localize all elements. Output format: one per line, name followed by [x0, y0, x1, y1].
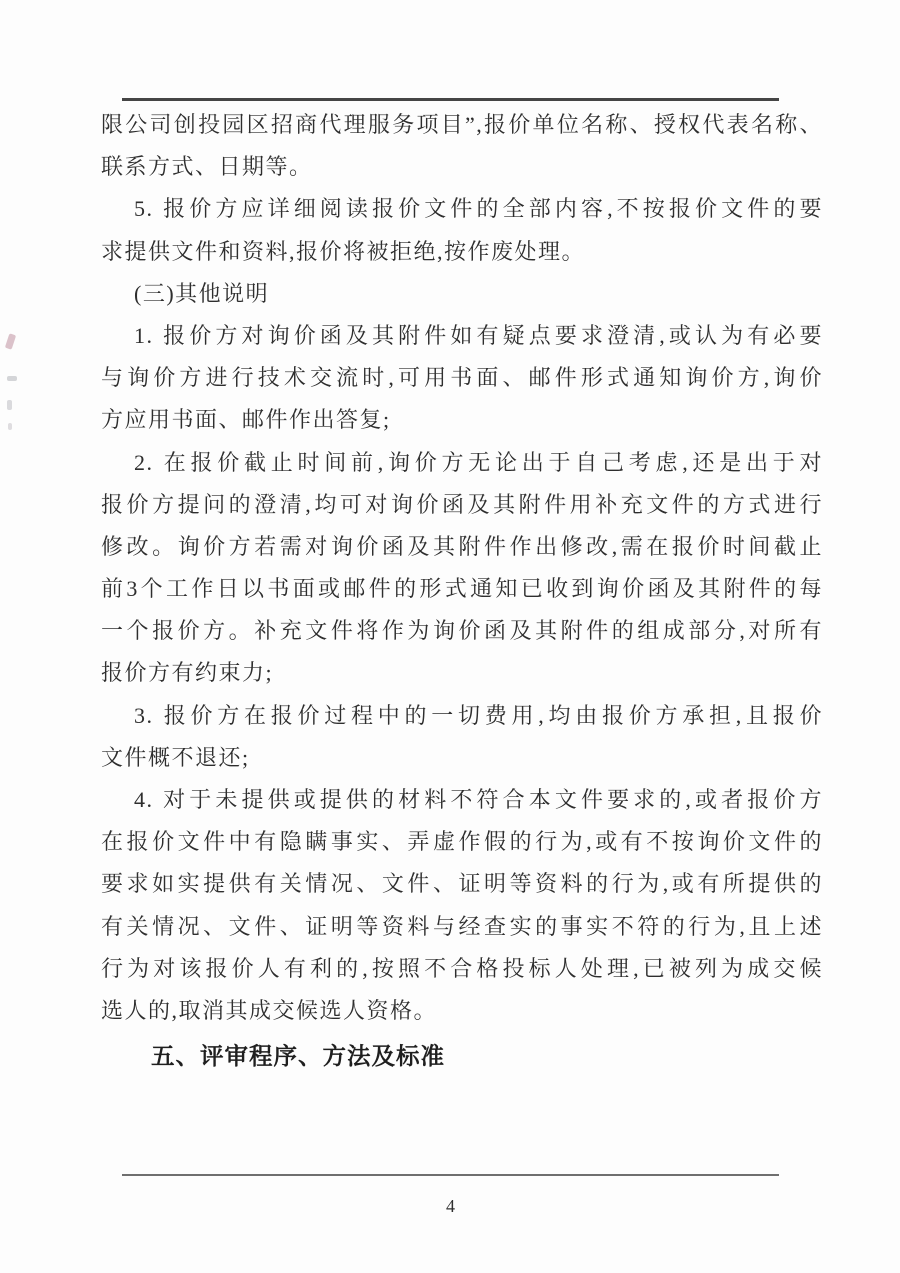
scan-artifact — [8, 423, 12, 430]
body-line: 3. 报价方在报价过程中的一切费用,均由报价方承担,且报价 — [101, 695, 823, 737]
body-line: 求提供文件和资料,报价将被拒绝,按作废处理。 — [101, 231, 823, 273]
body-line: 修改。询价方若需对询价函及其附件作出修改,需在报价时间截止 — [101, 526, 823, 568]
body-line: 在报价文件中有隐瞒事实、弄虚作假的行为,或有不按询价文件的 — [101, 821, 823, 863]
body-line: 选人的,取消其成交候选人资格。 — [101, 990, 823, 1032]
scan-artifact — [5, 333, 16, 349]
body-line: 报价方有约束力; — [101, 652, 823, 694]
scan-artifact — [7, 376, 17, 381]
body-line: 有关情况、文件、证明等资料与经查实的事实不符的行为,且上述 — [101, 906, 823, 948]
body-line: 联系方式、日期等。 — [101, 146, 823, 188]
section-heading: 五、评审程序、方法及标准 — [101, 1032, 823, 1077]
body-line: 文件概不退还; — [101, 737, 823, 779]
scan-artifact — [7, 400, 12, 410]
body-line: 4. 对于未提供或提供的材料不符合本文件要求的,或者报价方 — [101, 779, 823, 821]
subsection-heading: (三)其他说明 — [101, 273, 823, 315]
document-page: 限公司创投园区招商代理服务项目”,报价单位名称、授权代表名称、 联系方式、日期等… — [0, 0, 900, 1273]
body-line: 限公司创投园区招商代理服务项目”,报价单位名称、授权代表名称、 — [101, 104, 823, 146]
body-line: 前3个工作日以书面或邮件的形式通知已收到询价函及其附件的每 — [101, 568, 823, 610]
body-line: 一个报价方。补充文件将作为询价函及其附件的组成部分,对所有 — [101, 610, 823, 652]
body-line: 2. 在报价截止时间前,询价方无论出于自己考虑,还是出于对 — [101, 442, 823, 484]
body-line: 与询价方进行技术交流时,可用书面、邮件形式通知询价方,询价 — [101, 357, 823, 399]
body-line: 行为对该报价人有利的,按照不合格投标人处理,已被列为成交候 — [101, 948, 823, 990]
body-line: 1. 报价方对询价函及其附件如有疑点要求澄清,或认为有必要 — [101, 315, 823, 357]
body-line: 方应用书面、邮件作出答复; — [101, 399, 823, 441]
footer-rule — [122, 1174, 779, 1176]
body-line: 报价方提问的澄清,均可对询价函及其附件用补充文件的方式进行 — [101, 484, 823, 526]
body-line: 5. 报价方应详细阅读报价文件的全部内容,不按报价文件的要 — [101, 188, 823, 230]
body-text: 限公司创投园区招商代理服务项目”,报价单位名称、授权代表名称、 联系方式、日期等… — [101, 104, 823, 1077]
header-rule — [122, 98, 779, 101]
page-number: 4 — [122, 1196, 779, 1217]
body-line: 要求如实提供有关情况、文件、证明等资料的行为,或有所提供的 — [101, 863, 823, 905]
